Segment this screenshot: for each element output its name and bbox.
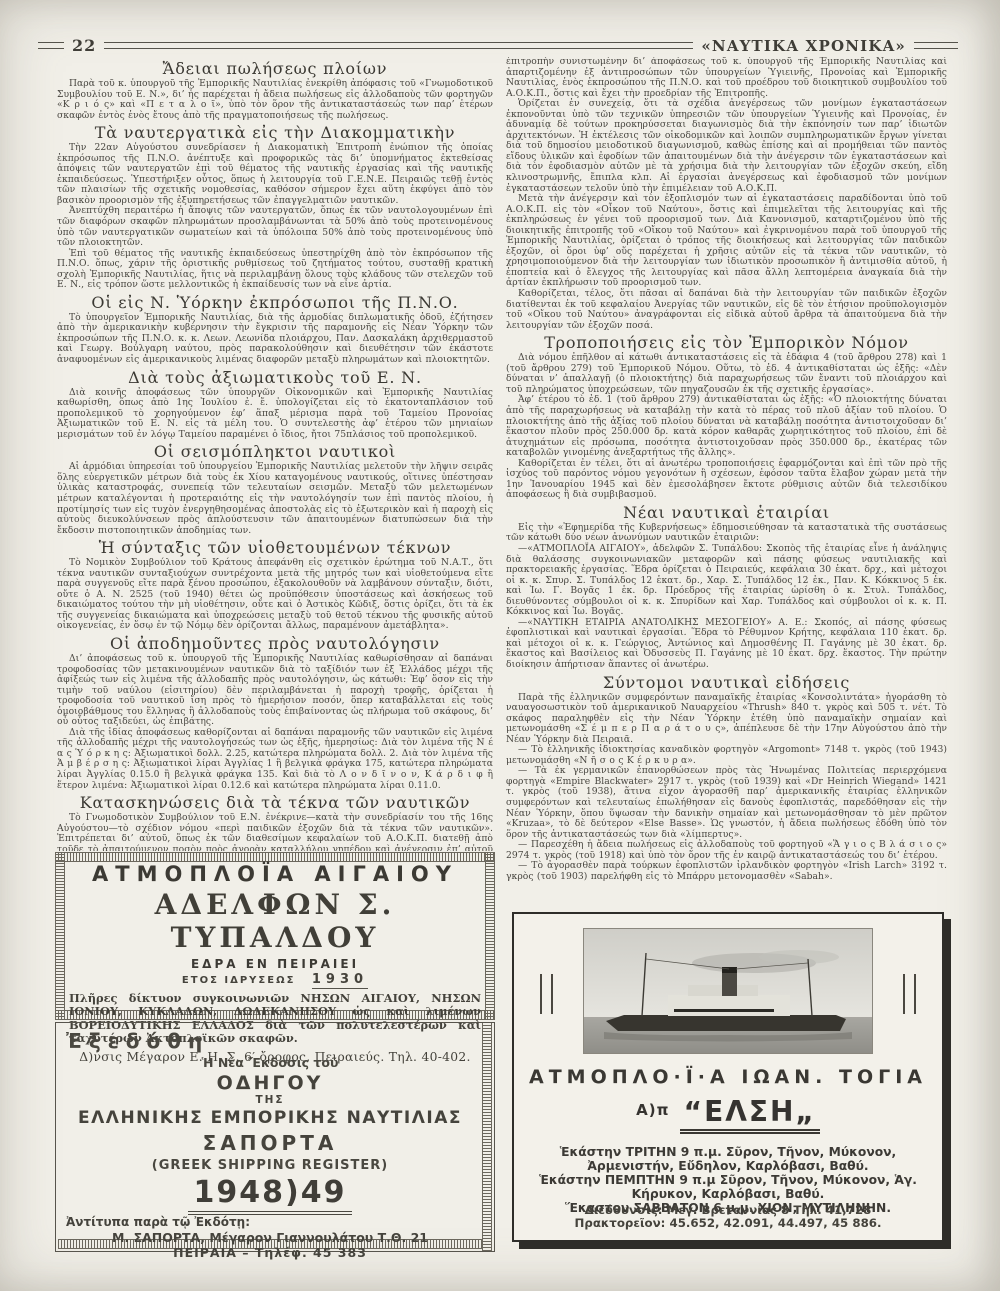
togia-ad-title: ΑΤΜΟΠΛΟ·Ϊ·Α ΙΩΑΝ. ΤΟΓΙΑ xyxy=(514,1066,942,1088)
section-heading: Τὰ ναυτεργατικὰ εἰς τὴν Διακομματικὴν xyxy=(57,124,493,141)
section-heading: Κατασκηνώσεις διὰ τὰ τέκνα τῶν ναυτικῶν xyxy=(57,794,493,811)
paragraph: Ἀφ’ ἑτέρου τὸ ἐδ. 1 (τοῦ ἄρθρου 279) ἀντ… xyxy=(506,395,947,458)
paragraph: Εἰς τὴν «Ἐφημερίδα τῆς Κυβερνήσεως» ἐδημ… xyxy=(506,523,947,544)
paragraph: Παρὰ τοῦ κ. ὑπουργοῦ τῆς Ἐμπορικῆς Ναυτι… xyxy=(57,79,493,121)
paragraph: Ἐπὶ τοῦ θέματος τῆς ναυτικῆς ἐκπαιδεύσεω… xyxy=(57,249,493,291)
aegean-ad-hq: ΕΔΡΑ ΕΝ ΠΕΙΡΑΙΕΙ xyxy=(69,957,481,971)
section-heading: Σύντομοι ναυτικαὶ εἰδήσεις xyxy=(506,674,947,691)
paragraph: Τὸ Νομικὸν Συμβούλιον τοῦ Κράτους ἀπεφάν… xyxy=(57,558,493,632)
founded-year: 1930 xyxy=(312,972,368,989)
ad-border-ornament xyxy=(485,852,495,1020)
togia-ship-name: Α)π “ΕΛΣΗ„ xyxy=(514,1095,942,1128)
paragraph: Αἱ ἁρμόδιαι ὑπηρεσίαι τοῦ ὑπουργείου Ἐμπ… xyxy=(57,462,493,536)
paragraph: Δι’ ἀποφάσεως τοῦ κ. ὑπουργοῦ τῆς Ἐμπορι… xyxy=(57,654,493,728)
paragraph: Τὸ ὑπουργεῖον Ἐμπορικῆς Ναυτιλίας, διὰ τ… xyxy=(57,313,493,366)
paragraph: — Τὸ ἑλληνικῆς ἰδιοκτησίας καναδικὸν φορ… xyxy=(506,745,947,766)
saporta-note: Ἀντίτυπα παρὰ τῷ Ἐκδότῃ: xyxy=(66,1215,474,1229)
header-rule-mid xyxy=(104,42,693,49)
paragraph: Ἀνεπτύχθη περαιτέρω ἡ ἄποψις τῶν ναυτεργ… xyxy=(57,206,493,248)
schedule-line: Ἑκάστην ΤΡΙΤΗΝ 9 π.μ. Σῦρον, Τῆνον, Μύκο… xyxy=(532,1146,924,1173)
ship-name: “ΕΛΣΗ„ xyxy=(680,1095,820,1134)
paragraph: — Παρεσχέθη ἡ ἄδεια πωλήσεως εἰς ἀλλοδαπ… xyxy=(506,840,947,861)
aegean-ad-founded: ΕΤΟΣ ΙΔΡΥΣΕΩΣ 1930 xyxy=(69,972,481,987)
saporta-line3: ΤΗΣ xyxy=(66,1094,474,1106)
saporta-city-phone: ΠΕΙΡΑΙΑ – Τηλέφ. 45 383 xyxy=(66,1245,474,1260)
ad-border-ornament xyxy=(903,974,916,1014)
paragraph: Διὰ νόμου ἐπῆλθον αἱ κάτωθι ἀντικαταστάσ… xyxy=(506,353,947,395)
founded-label: ΕΤΟΣ ΙΔΡΥΣΕΩΣ xyxy=(182,975,296,986)
paragraph: ἐπιτροπὴν συνιστωμένην δι’ ἀποφάσεως τοῦ… xyxy=(506,57,947,99)
paragraph: Διὰ κοινῆς ἀποφάσεως τῶν ὑπουργῶν Οἰκονο… xyxy=(57,388,493,441)
saporta-line5: ΣΑΠΟΡΤΑ xyxy=(66,1131,474,1155)
paragraph: Τὴν 22αν Αὐγούστου συνεδρίασεν ἡ Διακομα… xyxy=(57,143,493,206)
page-number: 22 xyxy=(72,36,96,55)
paragraph: Διὰ τῆς ἰδίας ἀποφάσεως καθορίζονται αἱ … xyxy=(57,728,493,791)
saporta-line6: (GREEK SHIPPING REGISTER) xyxy=(66,1158,474,1173)
togia-contacts: Διεύθυνσις: Μεγ. Βρεταννίας 8 Τηλ. 41,72… xyxy=(544,1204,912,1230)
paragraph: Καθορίζεται, τέλος, ὅτι πᾶσαι αἱ δαπάναι… xyxy=(506,289,947,331)
saporta-ad: Ἐξεδόθη Ἡ Νέα Ἔκδοσις τοῦ ΟΔΗΓΟΥ ΤΗΣ ΕΛΛ… xyxy=(55,1022,495,1252)
section-heading: Τροποποιήσεις εἰς τὸν Ἐμπορικὸν Νόμον xyxy=(506,334,947,351)
ad-border-ornament xyxy=(482,1023,492,1251)
header-rule-left xyxy=(38,42,64,49)
journal-title: «ΝΑΥΤΙΚΑ ΧΡΟΝΙΚΑ» xyxy=(701,37,906,55)
right-column: ἐπιτροπὴν συνιστωμένην δι’ ἀποφάσεως τοῦ… xyxy=(506,57,947,907)
paragraph: — Τὸ ἀγορασθὲν παρὰ τούρκων ἐφοπλιστῶν ἰ… xyxy=(506,861,947,882)
schedule-line: Ἑκάστην ΠΕΜΠΤΗΝ 9 π.μ Σῦρον, Τῆνον, Μύκο… xyxy=(532,1174,924,1201)
paragraph: Τὸ Γνωμοδοτικὸν Συμβούλιον τοῦ Ε.Ν. ἐνέκ… xyxy=(57,813,493,851)
paragraph: —«ΝΑΥΤΙΚΗ ΕΤΑΙΡΙΑ ΑΝΑΤΟΛΙΚΗΣ ΜΕΣΟΓΕΙΟΥ» … xyxy=(506,618,947,671)
saporta-line4: ΕΛΛΗΝΙΚΗΣ ΕΜΠΟΡΙΚΗΣ ΝΑΥΤΙΛΙΑΣ xyxy=(66,1108,474,1128)
left-column: Ἄδειαι πωλήσεως πλοίων Παρὰ τοῦ κ. ὑπουρ… xyxy=(57,57,493,851)
saporta-year: 1948)49 xyxy=(66,1175,474,1210)
saporta-line2: ΟΔΗΓΟΥ xyxy=(66,1072,474,1094)
saporta-issued: Ἐξεδόθη xyxy=(66,1029,474,1053)
section-heading: Ἡ σύνταξις τῶν υἱοθετουμένων τέκνων xyxy=(57,539,493,556)
section-heading: Οἱ σεισμόπληκτοι ναυτικοὶ xyxy=(57,443,493,460)
aegean-ad-title: ΑΤΜΟΠΛΟΪΑ ΑΙΓΑΙΟΥ xyxy=(69,862,481,886)
togia-ad: ΑΤΜΟΠΛΟ·Ϊ·Α ΙΩΑΝ. ΤΟΓΙΑ Α)π “ΕΛΣΗ„ Ἑκάστ… xyxy=(512,912,944,1242)
section-heading: Ἄδειαι πωλήσεως πλοίων xyxy=(57,60,493,77)
ad-border-ornament xyxy=(55,852,495,862)
ad-border-ornament xyxy=(55,852,65,1020)
paragraph: Καθορίζεται ἐν τέλει, ὅτι αἱ ἀνωτέρω τρο… xyxy=(506,459,947,501)
saporta-publisher: Μ. ΣΑΠΟΡΤΑ, Μέγαρον Γιαννουλάτου Τ.Θ. 21 xyxy=(66,1230,474,1245)
section-heading: Διὰ τοὺς ἀξιωματικοὺς τοῦ Ε. Ν. xyxy=(57,369,493,386)
ad-border-ornament xyxy=(540,974,553,1014)
ship-photo xyxy=(583,928,873,1054)
header-rule-right xyxy=(914,42,958,49)
section-heading: Οἱ εἰς Ν. Ὑόρκην ἐκπρόσωποι τῆς Π.Ν.Ο. xyxy=(57,294,493,311)
section-heading: Οἱ ἀποδημοῦντες πρὸς ναυτολόγησιν xyxy=(57,635,493,652)
section-heading: Νέαι ναυτικαὶ ἑταιρίαι xyxy=(506,504,947,521)
paragraph: Παρὰ τῆς ἑλληνικῶν συμφερόντων παναμαϊκῆ… xyxy=(506,693,947,746)
contact-line: Πρακτορεῖον: 45.652, 42.091, 44.497, 45 … xyxy=(544,1217,912,1230)
ship-prefix: Α)π xyxy=(636,1101,669,1119)
paragraph: Μετὰ τὴν ἀνέγερσιν καὶ τὸν ἐξοπλισμόν τω… xyxy=(506,194,947,289)
magazine-page: 22 «ΝΑΥΤΙΚΑ ΧΡΟΝΙΚΑ» Ἄδειαι πωλήσεως πλο… xyxy=(0,0,1000,1291)
aegean-ad: ΑΤΜΟΠΛΟΪΑ ΑΙΓΑΙΟΥ ΑΔΕΛΦΩΝ Σ. ΤΥΠΑΛΔΟΥ ΕΔ… xyxy=(55,852,495,1020)
saporta-line1: Ἡ Νέα Ἔκδοσις τοῦ xyxy=(66,1055,474,1070)
aegean-ad-subtitle: ΑΔΕΛΦΩΝ Σ. ΤΥΠΑΛΔΟΥ xyxy=(69,888,481,954)
paragraph: —«ΑΤΜΟΠΛΟΪΑ ΑΙΓΑΙΟΥ», ἀδελφῶν Σ. Τυπάλδο… xyxy=(506,544,947,618)
paragraph: — Τὰ ἐκ γερμανικῶν ἐπανορθώσεων πρὸς τὰς… xyxy=(506,766,947,840)
paragraph: Ὁρίζεται ἐν συνεχείᾳ, ὅτι τὰ σχέδια ἀνεγ… xyxy=(506,99,947,194)
page-header: 22 «ΝΑΥΤΙΚΑ ΧΡΟΝΙΚΑ» xyxy=(38,36,958,55)
